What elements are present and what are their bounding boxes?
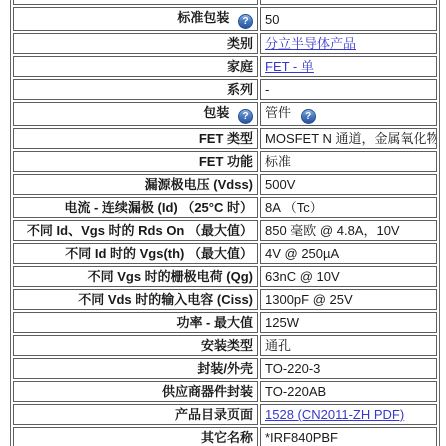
- spec-label-cell: 供应商器件封装: [13, 381, 258, 402]
- product-specs-table: 标准包装 ? 50 类别 分立半导体产品 家庭 FET - 单: [10, 0, 440, 446]
- spec-row: FET 功能 标准: [13, 151, 437, 172]
- spec-label-cell: 电流 - 连续漏极 (Id) （25°C 时）: [13, 197, 258, 218]
- spec-label: 漏源极电压 (Vdss): [145, 177, 253, 192]
- spec-label: 家庭: [227, 59, 253, 74]
- spec-row: 其它名称 *IRF840PBF: [13, 427, 437, 446]
- spec-value: MOSFET N 通道，金属氧化物: [265, 131, 437, 146]
- spec-label-cell: 系列: [13, 79, 258, 100]
- spec-label-cell: 类别: [13, 33, 258, 54]
- spec-value: 8A （Tc）: [265, 200, 323, 215]
- spec-value-cell: -: [260, 79, 437, 100]
- spec-value: *IRF840PBF: [265, 430, 338, 445]
- spec-label: 包装: [203, 105, 229, 120]
- spec-label-cell: 不同 Id 时的 Vgs(th) （最大值）: [13, 243, 258, 264]
- clipped-row-label-cell: [13, 0, 258, 5]
- spec-row: 漏源极电压 (Vdss) 500V: [13, 174, 437, 195]
- spec-row: 功率 - 最大值 125W: [13, 312, 437, 333]
- spec-label-cell: 封装/外壳: [13, 358, 258, 379]
- spec-label-cell: 功率 - 最大值: [13, 312, 258, 333]
- spec-row: 不同 Id、Vgs 时的 Rds On （最大值） 850 毫欧 @ 4.8A，…: [13, 220, 437, 241]
- help-icon[interactable]: ?: [301, 109, 316, 124]
- spec-label: 封装/外壳: [197, 361, 253, 376]
- spec-label-cell: 安装类型: [13, 335, 258, 356]
- spec-value: 标准: [265, 154, 291, 169]
- spec-label: 其它名称: [201, 430, 253, 445]
- spec-row: FET 类型 MOSFET N 通道，金属氧化物: [13, 128, 437, 149]
- spec-value-link[interactable]: 1528 (CN2011-ZH PDF): [265, 407, 404, 422]
- spec-row: 封装/外壳 TO-220-3: [13, 358, 437, 379]
- spec-row: 不同 Vds 时的输入电容 (Ciss) 1300pF @ 25V: [13, 289, 437, 310]
- spec-label: 系列: [227, 82, 253, 97]
- spec-value: 通孔: [265, 338, 291, 353]
- spec-value-cell: 标准: [260, 151, 437, 172]
- spec-row: 产品目录页面 1528 (CN2011-ZH PDF): [13, 404, 437, 425]
- spec-row: 安装类型 通孔: [13, 335, 437, 356]
- spec-value-cell: FET - 单: [260, 56, 437, 77]
- spec-label-cell: 不同 Vgs 时的栅极电荷 (Qg): [13, 266, 258, 287]
- spec-value-cell: 分立半导体产品: [260, 33, 437, 54]
- spec-label: 标准包装: [177, 10, 229, 25]
- spec-label: FET 类型: [199, 131, 253, 146]
- spec-row: 不同 Vgs 时的栅极电荷 (Qg) 63nC @ 10V: [13, 266, 437, 287]
- spec-label: FET 功能: [199, 154, 253, 169]
- spec-label-cell: 产品目录页面: [13, 404, 258, 425]
- spec-label: 电流 - 连续漏极 (Id) （25°C 时）: [64, 200, 253, 215]
- spec-row: 电流 - 连续漏极 (Id) （25°C 时） 8A （Tc）: [13, 197, 437, 218]
- spec-value-cell: *IRF840PBF: [260, 427, 437, 446]
- spec-label-cell: FET 类型: [13, 128, 258, 149]
- spec-label: 安装类型: [201, 338, 253, 353]
- spec-label-cell: 漏源极电压 (Vdss): [13, 174, 258, 195]
- spec-label-cell: 不同 Id、Vgs 时的 Rds On （最大值）: [13, 220, 258, 241]
- spec-value-cell: 850 毫欧 @ 4.8A，10V: [260, 220, 437, 241]
- spec-value-cell: 1300pF @ 25V: [260, 289, 437, 310]
- spec-value-link[interactable]: FET - 单: [265, 59, 314, 74]
- spec-value: -: [265, 82, 269, 97]
- spec-row: 标准包装 ? 50: [13, 7, 437, 31]
- spec-label-cell: 包装 ?: [13, 102, 258, 126]
- spec-value-cell: 管件 ?: [260, 102, 437, 126]
- spec-value-cell: 4V @ 250µA: [260, 243, 437, 264]
- spec-label: 类别: [227, 36, 253, 51]
- spec-label-cell: 其它名称: [13, 427, 258, 446]
- spec-label: 产品目录页面: [175, 407, 253, 422]
- spec-row: 系列 -: [13, 79, 437, 100]
- spec-value-link[interactable]: 分立半导体产品: [265, 36, 356, 51]
- spec-row: 供应商器件封装 TO-220AB: [13, 381, 437, 402]
- spec-row: 家庭 FET - 单: [13, 56, 437, 77]
- spec-value-cell: 125W: [260, 312, 437, 333]
- clipped-row-value-cell: [260, 0, 437, 5]
- spec-value: 4V @ 250µA: [265, 246, 339, 261]
- spec-row: 类别 分立半导体产品: [13, 33, 437, 54]
- spec-value: 850 毫欧 @ 4.8A，10V: [265, 223, 400, 238]
- spec-label-cell: 标准包装 ?: [13, 7, 258, 31]
- page: 标准包装 ? 50 类别 分立半导体产品 家庭 FET - 单: [0, 0, 446, 446]
- spec-value-cell: MOSFET N 通道，金属氧化物: [260, 128, 437, 149]
- spec-value: 63nC @ 10V: [265, 269, 340, 284]
- spec-value-cell: TO-220AB: [260, 381, 437, 402]
- spec-value-cell: 1528 (CN2011-ZH PDF): [260, 404, 437, 425]
- spec-label: 功率 - 最大值: [176, 315, 253, 330]
- spec-value: 1300pF @ 25V: [265, 292, 353, 307]
- spec-value: TO-220AB: [265, 384, 326, 399]
- spec-label: 供应商器件封装: [162, 384, 253, 399]
- help-icon[interactable]: ?: [238, 14, 253, 29]
- spec-label-cell: FET 功能: [13, 151, 258, 172]
- spec-value: TO-220-3: [265, 361, 320, 376]
- spec-value: 管件: [265, 105, 291, 120]
- clipped-row: [13, 0, 437, 5]
- spec-value: 125W: [265, 315, 299, 330]
- spec-row: 不同 Id 时的 Vgs(th) （最大值） 4V @ 250µA: [13, 243, 437, 264]
- spec-value-cell: 500V: [260, 174, 437, 195]
- spec-value: 500V: [265, 177, 295, 192]
- spec-value: 50: [265, 12, 279, 27]
- spec-label: 不同 Id、Vgs 时的 Rds On （最大值）: [27, 223, 253, 238]
- spec-value-cell: 通孔: [260, 335, 437, 356]
- spec-label: 不同 Vds 时的输入电容 (Ciss): [78, 292, 253, 307]
- help-icon[interactable]: ?: [238, 109, 253, 124]
- spec-value-cell: 8A （Tc）: [260, 197, 437, 218]
- spec-label-cell: 家庭: [13, 56, 258, 77]
- spec-label: 不同 Id 时的 Vgs(th) （最大值）: [65, 246, 253, 261]
- spec-value-cell: TO-220-3: [260, 358, 437, 379]
- spec-row: 包装 ? 管件 ?: [13, 102, 437, 126]
- spec-label: 不同 Vgs 时的栅极电荷 (Qg): [88, 269, 253, 284]
- spec-value-cell: 63nC @ 10V: [260, 266, 437, 287]
- spec-value-cell: 50: [260, 7, 437, 31]
- spec-label-cell: 不同 Vds 时的输入电容 (Ciss): [13, 289, 258, 310]
